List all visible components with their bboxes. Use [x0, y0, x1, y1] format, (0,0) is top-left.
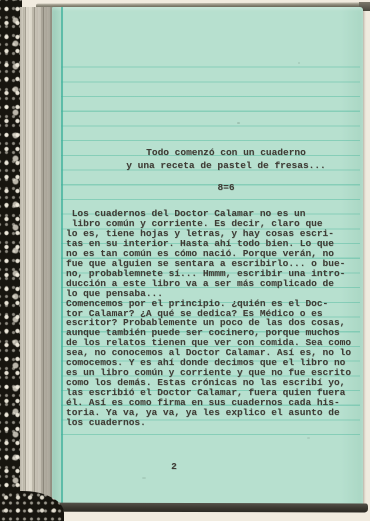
paper-speck [142, 477, 146, 479]
page-number: 2 [164, 461, 184, 472]
section-divider-mark: 8=6 [96, 183, 356, 193]
chapter-heading: Todo comenzó con un cuaderno y una recet… [96, 147, 356, 173]
margin-line [61, 7, 63, 506]
paper-speck [298, 62, 300, 64]
notebook-page: Todo comenzó con un cuaderno y una recet… [52, 7, 363, 506]
heading-line-2: y una receta de pastel de fresas... [96, 160, 356, 173]
cover-damask-pattern [0, 0, 22, 521]
paper-speck [307, 437, 310, 439]
page-edge-stack [20, 7, 54, 508]
body-text: Los cuadernos del Doctor Calamar no es u… [66, 209, 351, 428]
cover-bottom-edge [26, 503, 368, 513]
paper-speck [237, 122, 240, 124]
heading-line-1: Todo comenzó con un cuaderno [96, 147, 356, 160]
book-scan: Todo comenzó con un cuaderno y una recet… [0, 0, 370, 521]
